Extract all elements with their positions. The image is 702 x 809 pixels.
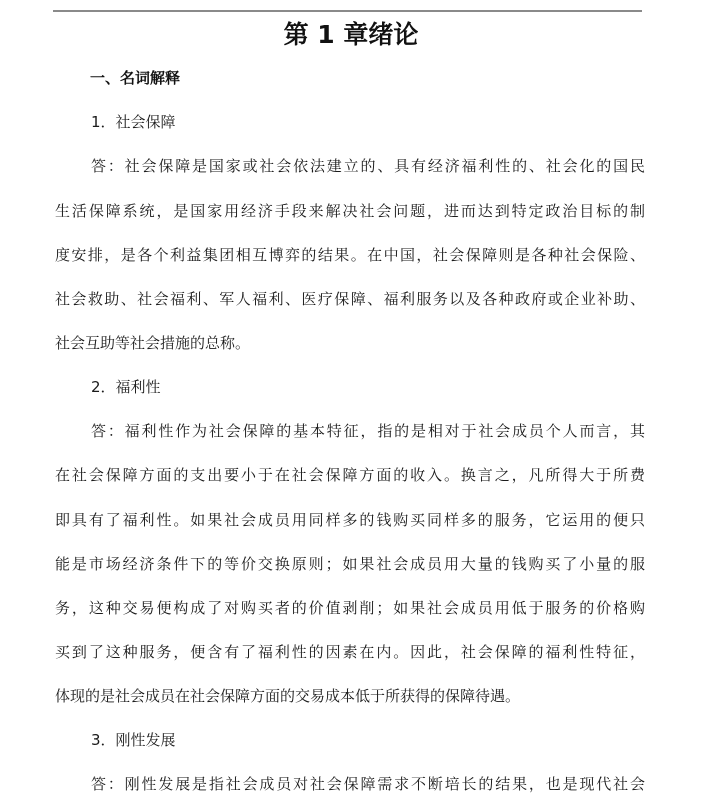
answer-line: 能是市场经济条件下的等价交换原则；如果社会成员用大量的钱购买了小量的服: [55, 552, 645, 576]
answer-line: 体现的是社会成员在社会保障方面的交易成本低于所获得的保障待遇。: [55, 684, 520, 708]
chapter-title: 第 1 章绪论: [0, 18, 702, 52]
answer-line: 务，这种交易便构成了对购买者的价值剥削；如果社会成员用低于服务的价格购: [55, 596, 645, 620]
answer-line: 答：刚性发展是指社会成员对社会保障需求不断培长的结果，也是现代社会: [91, 772, 645, 796]
answer-line: 社会救助、社会福利、军人福利、医疗保障、福利服务以及各种政府或企业补助、: [55, 287, 645, 311]
header-divider: [53, 10, 642, 12]
answer-line: 买到了这种服务，便含有了福利性的因素在内。因此，社会保障的福利性特征，: [55, 640, 645, 664]
answer-line: 即具有了福利性。如果社会成员用同样多的钱购买同样多的服务，它运用的便只: [55, 508, 645, 532]
answer-line: 在社会保障方面的支出要小于在社会保障方面的收入。换言之，凡所得大于所费: [55, 463, 645, 487]
section-heading: 一、名词解释: [90, 66, 180, 90]
term-label: 2．福利性: [91, 375, 161, 399]
answer-line: 答：福利性作为社会保障的基本特征，指的是相对于社会成员个人而言，其: [91, 419, 645, 443]
answer-line: 社会互助等社会措施的总称。: [55, 331, 250, 355]
term-label: 3．刚性发展: [91, 728, 176, 752]
term-label: 1．社会保障: [91, 110, 176, 134]
answer-line: 度安排，是各个利益集团相互博弈的结果。在中国，社会保障则是各种社会保险、: [55, 243, 645, 267]
answer-line: 答：社会保障是国家或社会依法建立的、具有经济福利性的、社会化的国民: [91, 154, 645, 178]
answer-line: 生活保障系统，是国家用经济手段来解决社会问题，进而达到特定政治目标的制: [55, 199, 645, 223]
